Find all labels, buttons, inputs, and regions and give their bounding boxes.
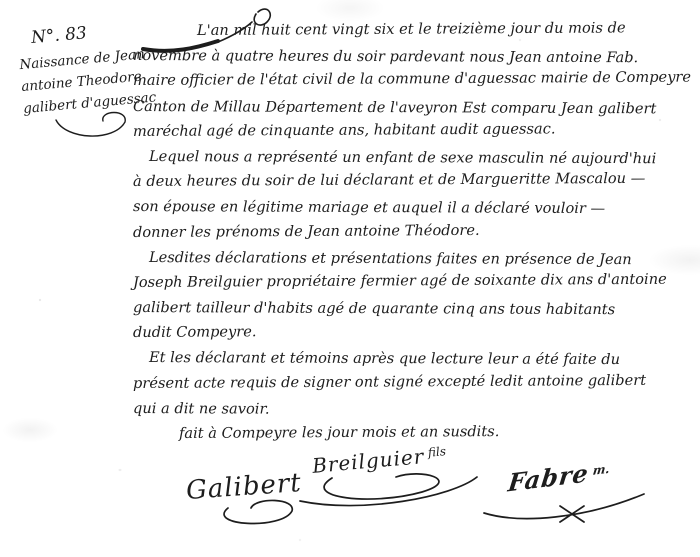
breilguier-paraph [300,474,477,506]
signature-suffix: fils [427,444,446,460]
maire-paraph [484,494,644,522]
signature-maire: Fabrem. [507,455,612,497]
act-line: dudit Compeyre. [133,317,695,346]
signature-galibert: Galibert [185,468,303,506]
act-line: maréchal agé de cinquante ans, habitant … [133,115,695,144]
act-line: maire officier de l'état civil de la com… [133,65,695,94]
signature-suffix: m. [592,462,611,478]
act-line: à deux heures du soir de lui déclarant e… [133,166,695,195]
act-line: donner les prénoms de Jean antoine Théod… [133,216,695,245]
signature-name: Fabre [507,458,591,498]
signature-breilguier: Breilguierfils [311,442,447,478]
galibert-paraph [224,500,292,523]
signature-name: Breilguier [311,444,425,478]
act-body-text: L'an mil huit cent vingt six et le treiz… [133,18,695,446]
scanned-document-page: N°. 83 Naissance de Jean antoine Theodor… [0,0,700,557]
act-line: L'an mil huit cent vingt six et le treiz… [197,15,695,43]
act-line: Joseph Breilguier propriétaire fermier a… [133,266,695,295]
signature-name: Galibert [185,468,303,506]
act-line: présent acte requis de signer ont signé … [133,367,695,396]
